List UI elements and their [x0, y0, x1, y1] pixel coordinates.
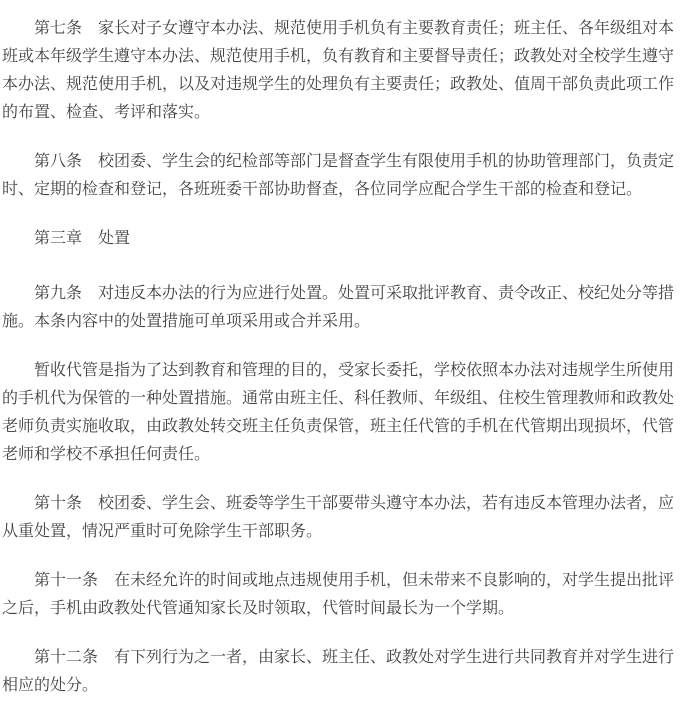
- paragraph-custody-explanation: 暂收代管是指为了达到教育和管理的目的，受家长委托，学校依照本办法对违规学生所使用…: [2, 356, 691, 468]
- paragraph-article-8: 第八条 校团委、学生会的纪检部等部门是督查学生有限使用手机的协助管理部门，负责定…: [2, 147, 691, 203]
- text-line: 班或本年级学生遵守本办法、规范使用手机，负有教育和主要督导责任；政教处对全校学生…: [2, 42, 691, 70]
- paragraph-chapter-3-heading: 第三章 处置: [2, 224, 691, 252]
- text-line: 老师负责实施收取，由政教处转交班主任负责保管，班主任代管的手机在代管期出现损坏，…: [2, 412, 691, 440]
- text-line: 从重处置，情况严重时可免除学生干部职务。: [2, 517, 691, 545]
- text-line: 老师和学校不承担任何责任。: [2, 440, 691, 468]
- text-line: 第七条 家长对子女遵守本办法、规范使用手机负有主要教育责任；班主任、各年级组对本: [2, 14, 691, 42]
- text-line: 之后，手机由政教处代管通知家长及时领取，代管时间最长为一个学期。: [2, 594, 691, 622]
- text-line: 第十一条 在未经允许的时间或地点违规使用手机，但未带来不良影响的，对学生提出批评: [2, 566, 691, 594]
- text-line: 暂收代管是指为了达到教育和管理的目的，受家长委托，学校依照本办法对违规学生所使用: [2, 356, 691, 384]
- text-line: 相应的处分。: [2, 671, 691, 699]
- paragraph-article-7: 第七条 家长对子女遵守本办法、规范使用手机负有主要教育责任；班主任、各年级组对本…: [2, 14, 691, 126]
- document-page: 第七条 家长对子女遵守本办法、规范使用手机负有主要教育责任；班主任、各年级组对本…: [0, 0, 691, 724]
- document-body: 第七条 家长对子女遵守本办法、规范使用手机负有主要教育责任；班主任、各年级组对本…: [2, 14, 691, 699]
- text-line: 第八条 校团委、学生会的纪检部等部门是督查学生有限使用手机的协助管理部门，负责定: [2, 147, 691, 175]
- paragraph-article-12: 第十二条 有下列行为之一者，由家长、班主任、政教处对学生进行共同教育并对学生进行…: [2, 643, 691, 699]
- text-line: 时、定期的检查和登记，各班班委干部协助督查，各位同学应配合学生干部的检查和登记。: [2, 175, 691, 203]
- paragraph-article-11: 第十一条 在未经允许的时间或地点违规使用手机，但未带来不良影响的，对学生提出批评…: [2, 566, 691, 622]
- paragraph-article-10: 第十条 校团委、学生会、班委等学生干部要带头遵守本办法，若有违反本管理办法者，应…: [2, 489, 691, 545]
- text-line: 第十二条 有下列行为之一者，由家长、班主任、政教处对学生进行共同教育并对学生进行: [2, 643, 691, 671]
- text-line: 本办法、规范使用手机，以及对违规学生的处理负有主要责任；政教处、值周干部负责此项…: [2, 70, 691, 98]
- text-line: 的手机代为保管的一种处置措施。通常由班主任、科任教师、年级组、住校生管理教师和政…: [2, 384, 691, 412]
- text-line: 的布置、检查、考评和落实。: [2, 98, 691, 126]
- text-line: 第十条 校团委、学生会、班委等学生干部要带头遵守本办法，若有违反本管理办法者，应: [2, 489, 691, 517]
- text-line: 第三章 处置: [2, 224, 691, 252]
- paragraph-article-9: 第九条 对违反本办法的行为应进行处置。处置可采取批评教育、责令改正、校纪处分等措…: [2, 279, 691, 335]
- text-line: 第九条 对违反本办法的行为应进行处置。处置可采取批评教育、责令改正、校纪处分等措: [2, 279, 691, 307]
- text-line: 施。本条内容中的处置措施可单项采用或合并采用。: [2, 307, 691, 335]
